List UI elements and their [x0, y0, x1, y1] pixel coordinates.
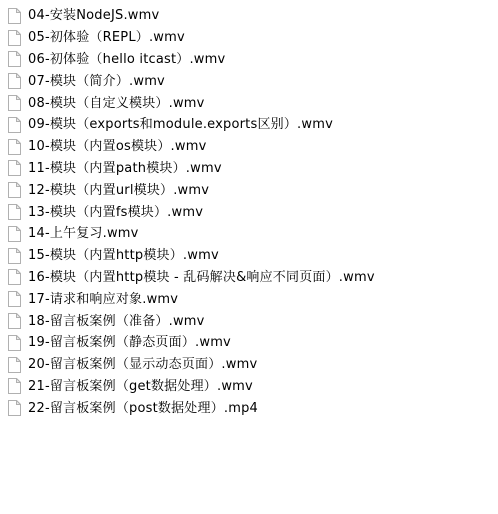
file-name[interactable]: 11-模块（内置path模块）.wmv	[28, 162, 222, 175]
list-item[interactable]: 08-模块（自定义模块）.wmv	[8, 92, 498, 114]
file-name[interactable]: 16-模块（内置http模块 - 乱码解决&响应不同页面）.wmv	[28, 271, 375, 284]
list-item[interactable]: 16-模块（内置http模块 - 乱码解决&响应不同页面）.wmv	[8, 267, 498, 289]
file-name[interactable]: 21-留言板案例（get数据处理）.wmv	[28, 380, 253, 393]
file-name[interactable]: 04-安装NodeJS.wmv	[28, 9, 159, 22]
file-document-icon	[8, 139, 21, 155]
file-name[interactable]: 09-模块（exports和module.exports区别）.wmv	[28, 118, 333, 131]
file-name[interactable]: 07-模块（简介）.wmv	[28, 75, 165, 88]
file-name[interactable]: 12-模块（内置url模块）.wmv	[28, 184, 209, 197]
list-item[interactable]: 12-模块（内置url模块）.wmv	[8, 179, 498, 201]
file-name[interactable]: 18-留言板案例（准备）.wmv	[28, 315, 205, 328]
list-item[interactable]: 04-安装NodeJS.wmv	[8, 5, 498, 27]
file-document-icon	[8, 291, 21, 307]
file-name[interactable]: 19-留言板案例（静态页面）.wmv	[28, 336, 231, 349]
file-document-icon	[8, 226, 21, 242]
file-document-icon	[8, 117, 21, 133]
list-item[interactable]: 05-初体验（REPL）.wmv	[8, 27, 498, 49]
file-name[interactable]: 08-模块（自定义模块）.wmv	[28, 97, 205, 110]
file-document-icon	[8, 378, 21, 394]
file-document-icon	[8, 357, 21, 373]
file-name[interactable]: 15-模块（内置http模块）.wmv	[28, 249, 219, 262]
list-item[interactable]: 21-留言板案例（get数据处理）.wmv	[8, 376, 498, 398]
list-item[interactable]: 19-留言板案例（静态页面）.wmv	[8, 332, 498, 354]
file-name[interactable]: 05-初体验（REPL）.wmv	[28, 31, 185, 44]
file-document-icon	[8, 160, 21, 176]
list-item[interactable]: 15-模块（内置http模块）.wmv	[8, 245, 498, 267]
file-name[interactable]: 20-留言板案例（显示动态页面）.wmv	[28, 358, 257, 371]
file-document-icon	[8, 51, 21, 67]
file-name[interactable]: 22-留言板案例（post数据处理）.mp4	[28, 402, 258, 415]
file-document-icon	[8, 204, 21, 220]
list-item[interactable]: 17-请求和响应对象.wmv	[8, 288, 498, 310]
file-document-icon	[8, 73, 21, 89]
list-item[interactable]: 13-模块（内置fs模块）.wmv	[8, 201, 498, 223]
file-document-icon	[8, 95, 21, 111]
file-document-icon	[8, 400, 21, 416]
list-item[interactable]: 09-模块（exports和module.exports区别）.wmv	[8, 114, 498, 136]
file-list: 04-安装NodeJS.wmv 05-初体验（REPL）.wmv 06-初体验（…	[0, 0, 498, 419]
file-name[interactable]: 13-模块（内置fs模块）.wmv	[28, 206, 203, 219]
file-name[interactable]: 10-模块（内置os模块）.wmv	[28, 140, 206, 153]
file-document-icon	[8, 248, 21, 264]
file-document-icon	[8, 182, 21, 198]
file-name[interactable]: 14-上午复习.wmv	[28, 227, 139, 240]
file-document-icon	[8, 313, 21, 329]
list-item[interactable]: 10-模块（内置os模块）.wmv	[8, 136, 498, 158]
file-document-icon	[8, 30, 21, 46]
list-item[interactable]: 07-模块（简介）.wmv	[8, 70, 498, 92]
list-item[interactable]: 06-初体验（hello itcast）.wmv	[8, 49, 498, 71]
file-name[interactable]: 06-初体验（hello itcast）.wmv	[28, 53, 225, 66]
list-item[interactable]: 22-留言板案例（post数据处理）.mp4	[8, 397, 498, 419]
file-document-icon	[8, 335, 21, 351]
file-document-icon	[8, 269, 21, 285]
list-item[interactable]: 11-模块（内置path模块）.wmv	[8, 158, 498, 180]
list-item[interactable]: 14-上午复习.wmv	[8, 223, 498, 245]
file-name[interactable]: 17-请求和响应对象.wmv	[28, 293, 178, 306]
list-item[interactable]: 20-留言板案例（显示动态页面）.wmv	[8, 354, 498, 376]
list-item[interactable]: 18-留言板案例（准备）.wmv	[8, 310, 498, 332]
file-document-icon	[8, 8, 21, 24]
